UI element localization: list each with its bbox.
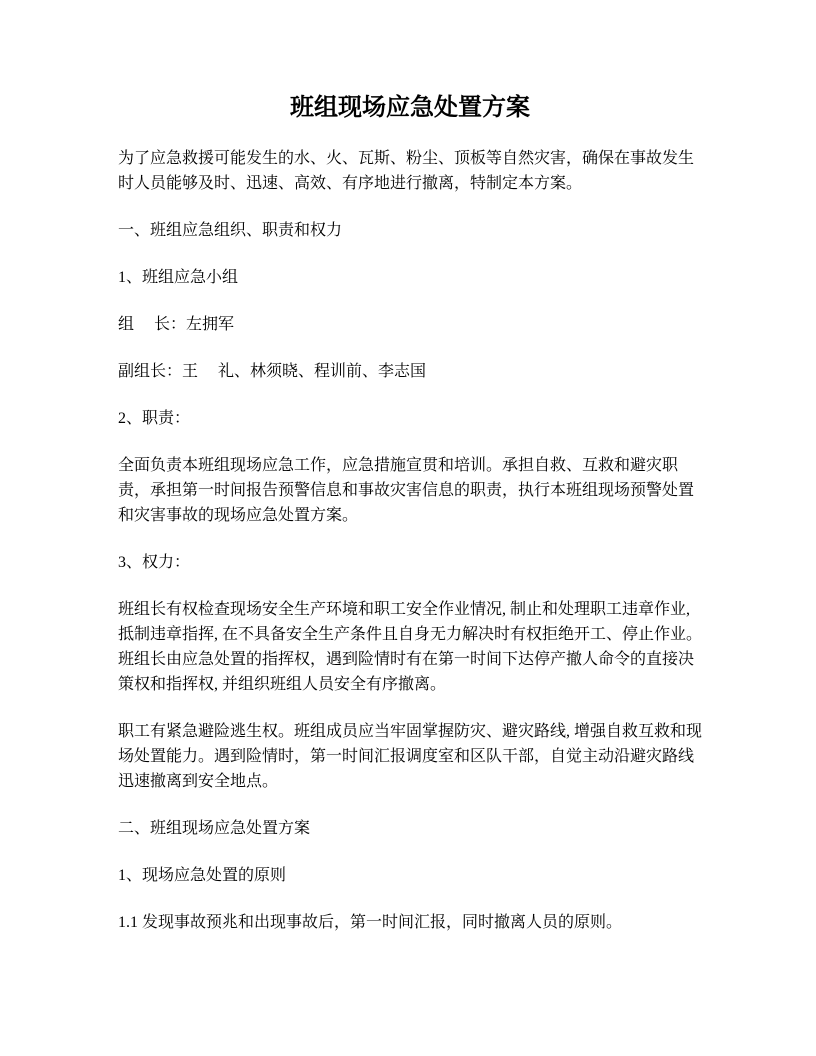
- duties-paragraph: 全面负责本班组现场应急工作，应急措施宣贯和培训。承担自救、互救和避灾职责，承担第…: [118, 453, 702, 528]
- subsection-1-1-heading: 1、班组应急小组: [118, 265, 702, 290]
- item-1-1-paragraph: 1.1 发现事故预兆和出现事故后，第一时间汇报，同时撤离人员的原则。: [118, 910, 702, 935]
- subsection-1-2-heading: 2、职责：: [118, 406, 702, 431]
- section-2-heading: 二、班组现场应急处置方案: [118, 816, 702, 841]
- subsection-1-3-heading: 3、权力：: [118, 550, 702, 575]
- deputy-leaders-line: 副组长：王 礼、林须晓、程训前、李志国: [118, 359, 702, 384]
- intro-paragraph: 为了应急救援可能发生的水、火、瓦斯、粉尘、顶板等自然灾害，确保在事故发生时人员能…: [118, 146, 702, 196]
- authority-paragraph: 班组长有权检查现场安全生产环境和职工安全作业情况, 制止和处理职工违章作业, 抵…: [118, 597, 702, 697]
- document-title: 班组现场应急处置方案: [118, 92, 702, 122]
- subsection-2-1-heading: 1、现场应急处置的原则: [118, 863, 702, 888]
- document-page: 班组现场应急处置方案 为了应急救援可能发生的水、火、瓦斯、粉尘、顶板等自然灾害，…: [0, 0, 816, 1056]
- worker-rights-paragraph: 职工有紧急避险逃生权。班组成员应当牢固掌握防灾、避灾路线, 增强自救互救和现场处…: [118, 719, 702, 794]
- section-1-heading: 一、班组应急组织、职责和权力: [118, 218, 702, 243]
- group-leader-line: 组 长：左拥军: [118, 312, 702, 337]
